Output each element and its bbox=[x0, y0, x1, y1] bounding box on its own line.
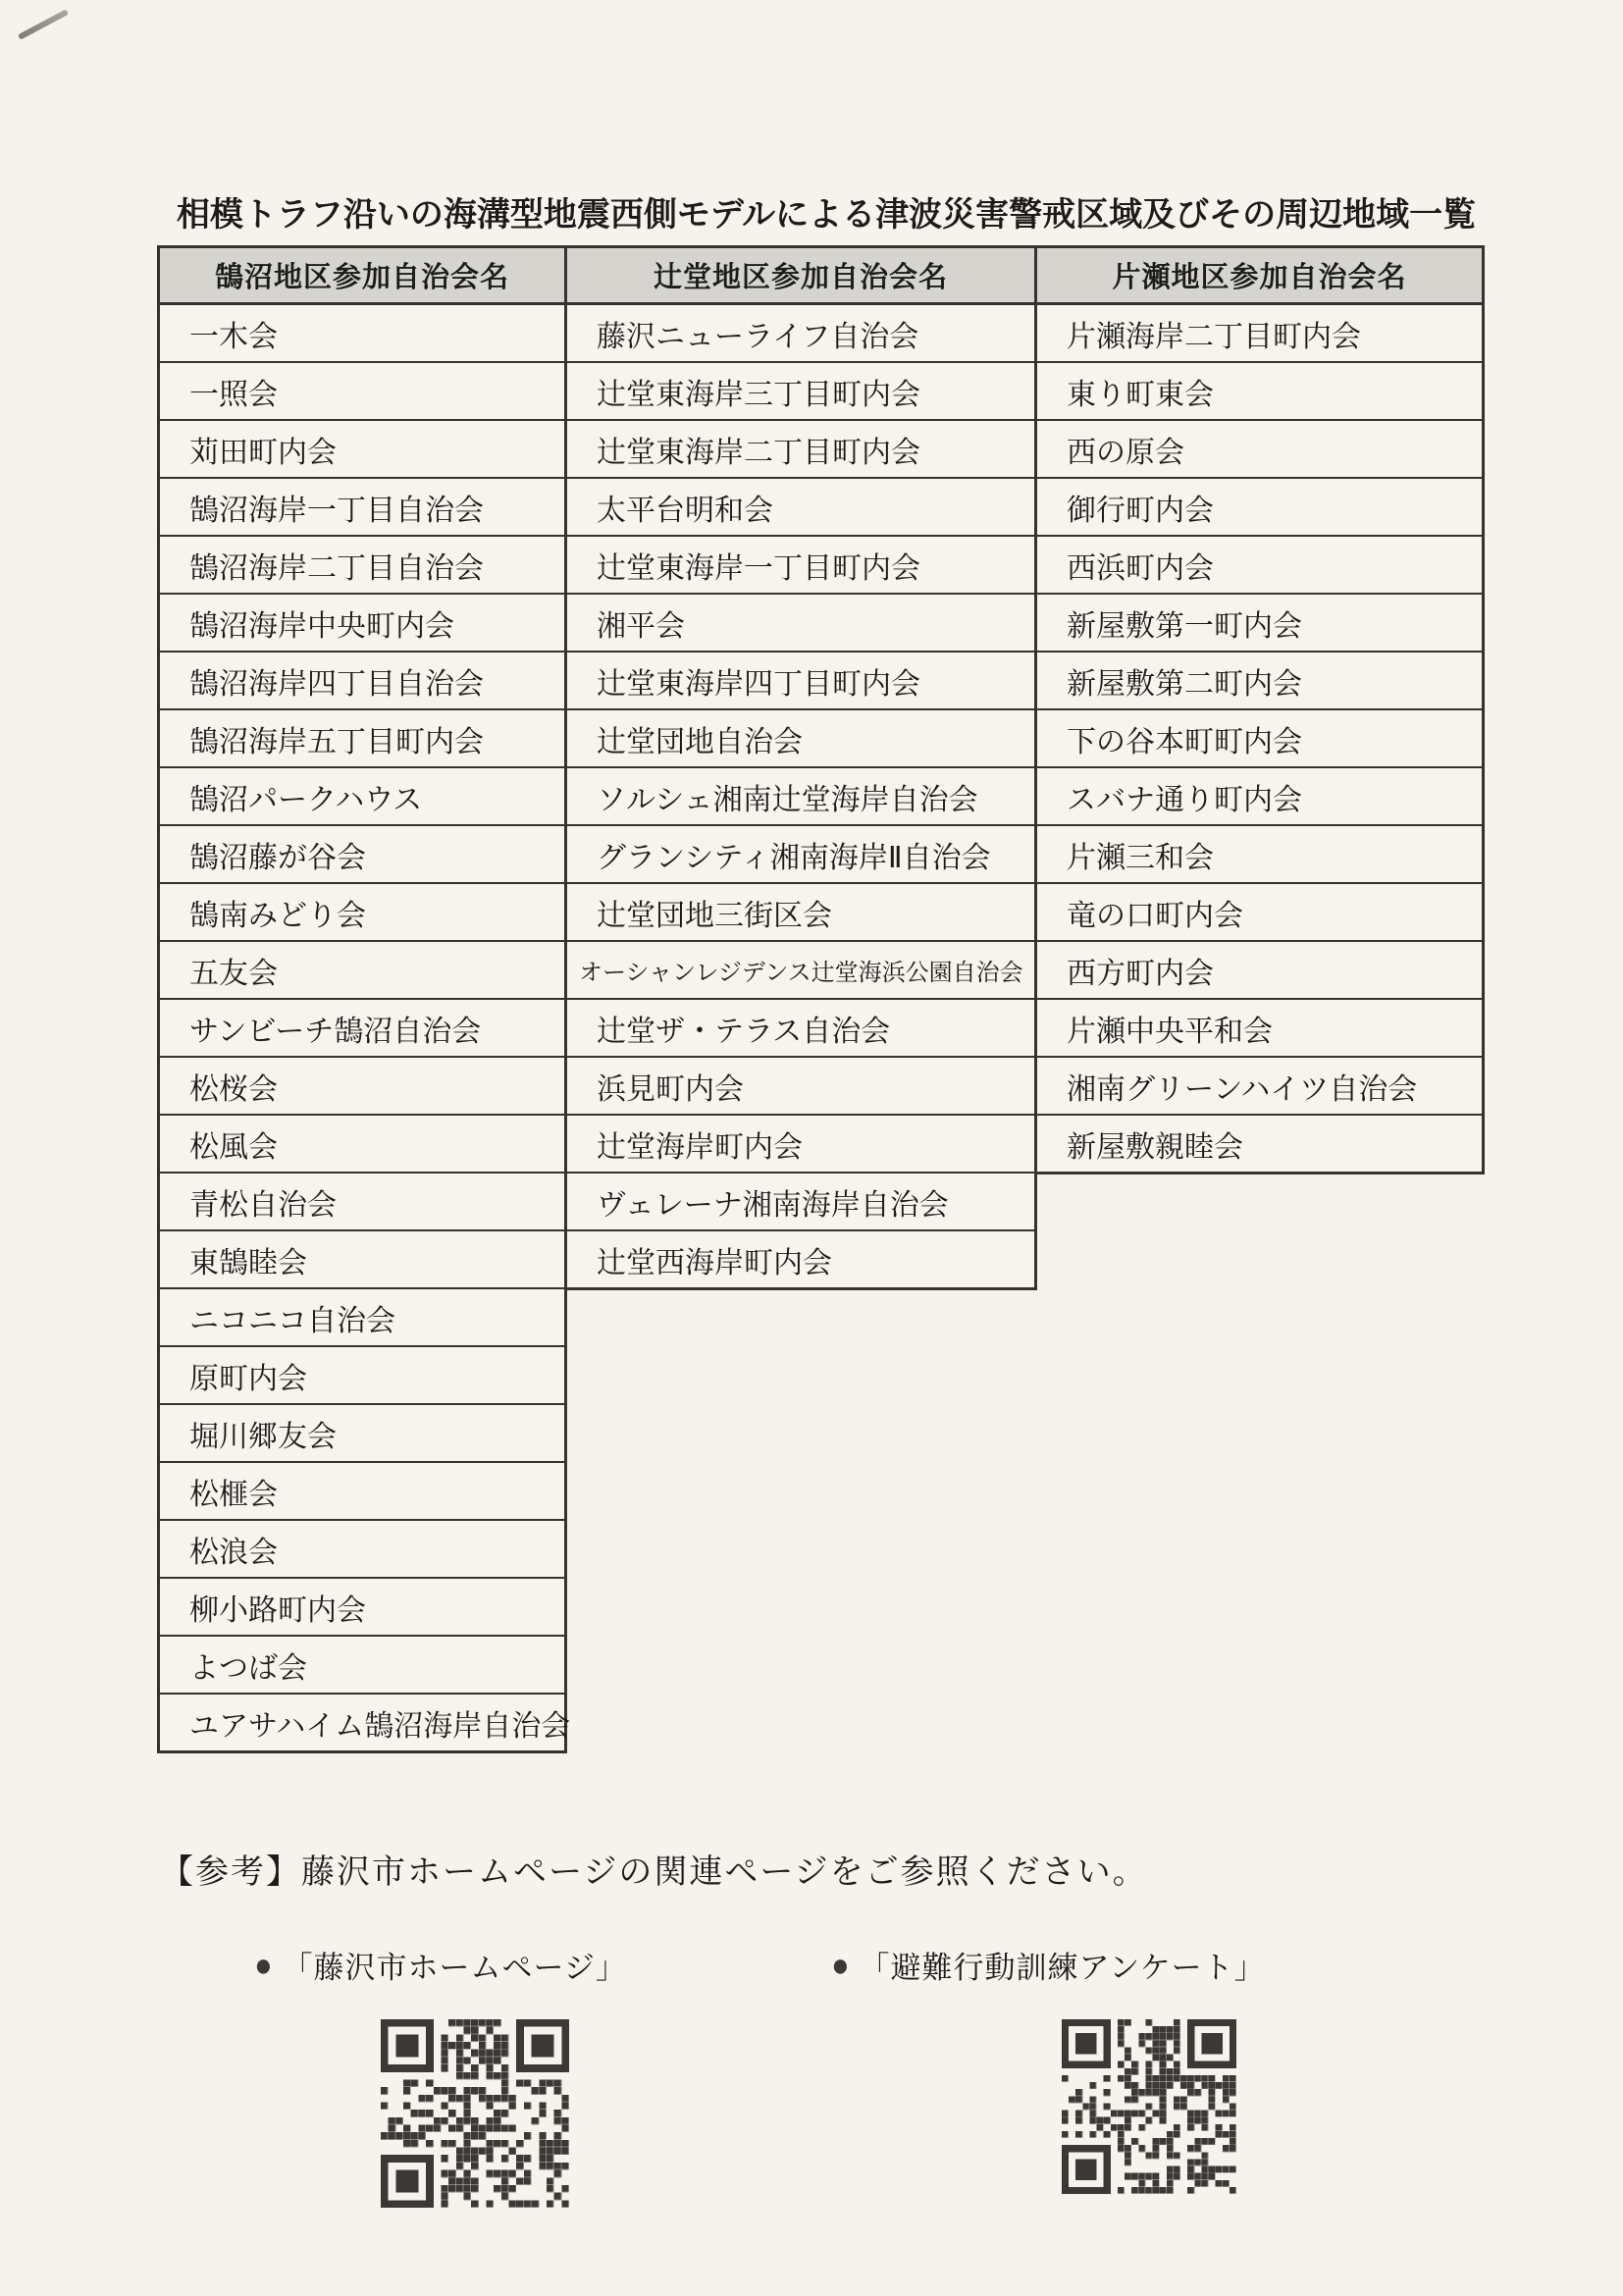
table-cell: 辻堂東海岸三丁目町内会 bbox=[567, 361, 1034, 419]
link-label: 「避難行動訓練アンケート」 bbox=[860, 1943, 1266, 1987]
table-cell: 青松自治会 bbox=[160, 1172, 564, 1229]
table-cell: 鵠沼海岸二丁目自治会 bbox=[160, 535, 564, 593]
table-cell: 西浜町内会 bbox=[1037, 535, 1482, 593]
table-cell: 苅田町内会 bbox=[160, 419, 564, 477]
link-label: 「藤沢市ホームページ」 bbox=[283, 1943, 627, 1987]
association-table: 鵠沼地区参加自治会名 一木会一照会苅田町内会鵠沼海岸一丁目自治会鵠沼海岸二丁目自… bbox=[157, 245, 1485, 1753]
table-cell: オーシャンレジデンス辻堂海浜公園自治会 bbox=[567, 940, 1034, 998]
table-cell: 御行町内会 bbox=[1037, 477, 1482, 535]
table-cell: サンビーチ鵠沼自治会 bbox=[160, 998, 564, 1056]
table-cell: 片瀬三和会 bbox=[1037, 824, 1482, 882]
table-cell: 西の原会 bbox=[1037, 419, 1482, 477]
table-cell: 一照会 bbox=[160, 361, 564, 419]
table-cell: 五友会 bbox=[160, 940, 564, 998]
table-cell: 松風会 bbox=[160, 1114, 564, 1172]
table-cell: 片瀬中央平和会 bbox=[1037, 998, 1482, 1056]
table-cell: 新屋敷第二町内会 bbox=[1037, 651, 1482, 708]
bullet-icon: ● bbox=[254, 1949, 273, 1982]
table-cell: 辻堂団地自治会 bbox=[567, 708, 1034, 766]
table-cell: 辻堂ザ・テラス自治会 bbox=[567, 998, 1034, 1056]
table-cell: 辻堂東海岸一丁目町内会 bbox=[567, 535, 1034, 593]
scan-artifact bbox=[18, 9, 69, 40]
table-cell: ヴェレーナ湘南海岸自治会 bbox=[567, 1172, 1034, 1229]
table-cell: 鵠沼藤が谷会 bbox=[160, 824, 564, 882]
reference-note: 【参考】藤沢市ホームページの関連ページをご参照ください。 bbox=[160, 1845, 1148, 1893]
table-cell: 堀川郷友会 bbox=[160, 1403, 564, 1461]
page-title: 相模トラフ沿いの海溝型地震西側モデルによる津波災害警戒区域及びその周辺地域一覧 bbox=[167, 187, 1486, 235]
table-column-body: 片瀬海岸二丁目町内会東り町東会西の原会御行町内会西浜町内会新屋敷第一町内会新屋敷… bbox=[1037, 305, 1482, 1172]
table-cell: 鵠沼海岸中央町内会 bbox=[160, 593, 564, 651]
table-cell: 浜見町内会 bbox=[567, 1056, 1034, 1114]
table-cell: 辻堂団地三街区会 bbox=[567, 882, 1034, 940]
scanned-document: { "title": "相模トラフ沿いの海溝型地震西側モデルによる津波災害警戒区… bbox=[0, 0, 1623, 2296]
table-cell: 新屋敷親睦会 bbox=[1037, 1114, 1482, 1172]
table-column-body: 藤沢ニューライフ自治会辻堂東海岸三丁目町内会辻堂東海岸二丁目町内会太平台明和会辻… bbox=[567, 305, 1034, 1287]
table-column-tsujido: 辻堂地区参加自治会名 藤沢ニューライフ自治会辻堂東海岸三丁目町内会辻堂東海岸二丁… bbox=[564, 245, 1037, 1290]
table-cell: 柳小路町内会 bbox=[160, 1577, 564, 1635]
table-cell: 竜の口町内会 bbox=[1037, 882, 1482, 940]
column-header-kugenuma: 鵠沼地区参加自治会名 bbox=[160, 248, 564, 305]
table-cell: 鵠沼海岸四丁目自治会 bbox=[160, 651, 564, 708]
bullet-icon: ● bbox=[831, 1949, 850, 1982]
column-header-tsujido: 辻堂地区参加自治会名 bbox=[567, 248, 1034, 305]
table-cell: 一木会 bbox=[160, 305, 564, 361]
table-cell: 湘平会 bbox=[567, 593, 1034, 651]
link-evacuation-survey: ● 「避難行動訓練アンケート」 bbox=[830, 1943, 1266, 1987]
table-cell: 太平台明和会 bbox=[567, 477, 1034, 535]
table-cell: 鵠沼パークハウス bbox=[160, 766, 564, 824]
table-cell: ユアサハイム鵠沼海岸自治会 bbox=[160, 1693, 564, 1750]
table-cell: 新屋敷第一町内会 bbox=[1037, 593, 1482, 651]
table-cell: グランシティ湘南海岸Ⅱ自治会 bbox=[567, 824, 1034, 882]
table-cell: 藤沢ニューライフ自治会 bbox=[567, 305, 1034, 361]
table-cell: 鵠南みどり会 bbox=[160, 882, 564, 940]
table-cell: 片瀬海岸二丁目町内会 bbox=[1037, 305, 1482, 361]
table-cell: 東り町東会 bbox=[1037, 361, 1482, 419]
table-cell: スバナ通り町内会 bbox=[1037, 766, 1482, 824]
table-cell: 鵠沼海岸五丁目町内会 bbox=[160, 708, 564, 766]
qr-code-fujisawa-homepage bbox=[381, 2019, 569, 2208]
table-cell: 鵠沼海岸一丁目自治会 bbox=[160, 477, 564, 535]
table-cell: 原町内会 bbox=[160, 1345, 564, 1403]
table-column-katase: 片瀬地区参加自治会名 片瀬海岸二丁目町内会東り町東会西の原会御行町内会西浜町内会… bbox=[1034, 245, 1485, 1174]
table-cell: 湘南グリーンハイツ自治会 bbox=[1037, 1056, 1482, 1114]
table-cell: 辻堂東海岸二丁目町内会 bbox=[567, 419, 1034, 477]
table-cell: 辻堂西海岸町内会 bbox=[567, 1229, 1034, 1287]
table-cell: 下の谷本町町内会 bbox=[1037, 708, 1482, 766]
table-cell: 西方町内会 bbox=[1037, 940, 1482, 998]
table-cell: よつば会 bbox=[160, 1635, 564, 1693]
table-cell: ニコニコ自治会 bbox=[160, 1287, 564, 1345]
table-cell: ソルシェ湘南辻堂海岸自治会 bbox=[567, 766, 1034, 824]
table-cell: 東鵠睦会 bbox=[160, 1229, 564, 1287]
table-cell: 辻堂東海岸四丁目町内会 bbox=[567, 651, 1034, 708]
table-column-kugenuma: 鵠沼地区参加自治会名 一木会一照会苅田町内会鵠沼海岸一丁目自治会鵠沼海岸二丁目自… bbox=[157, 245, 567, 1753]
table-cell: 松榧会 bbox=[160, 1461, 564, 1519]
table-column-body: 一木会一照会苅田町内会鵠沼海岸一丁目自治会鵠沼海岸二丁目自治会鵠沼海岸中央町内会… bbox=[160, 305, 564, 1750]
table-cell: 松桜会 bbox=[160, 1056, 564, 1114]
qr-code-evacuation-survey bbox=[1062, 2019, 1236, 2194]
link-fujisawa-homepage: ● 「藤沢市ホームページ」 bbox=[253, 1943, 627, 1987]
table-cell: 辻堂海岸町内会 bbox=[567, 1114, 1034, 1172]
column-header-katase: 片瀬地区参加自治会名 bbox=[1037, 248, 1482, 305]
table-cell: 松浪会 bbox=[160, 1519, 564, 1577]
